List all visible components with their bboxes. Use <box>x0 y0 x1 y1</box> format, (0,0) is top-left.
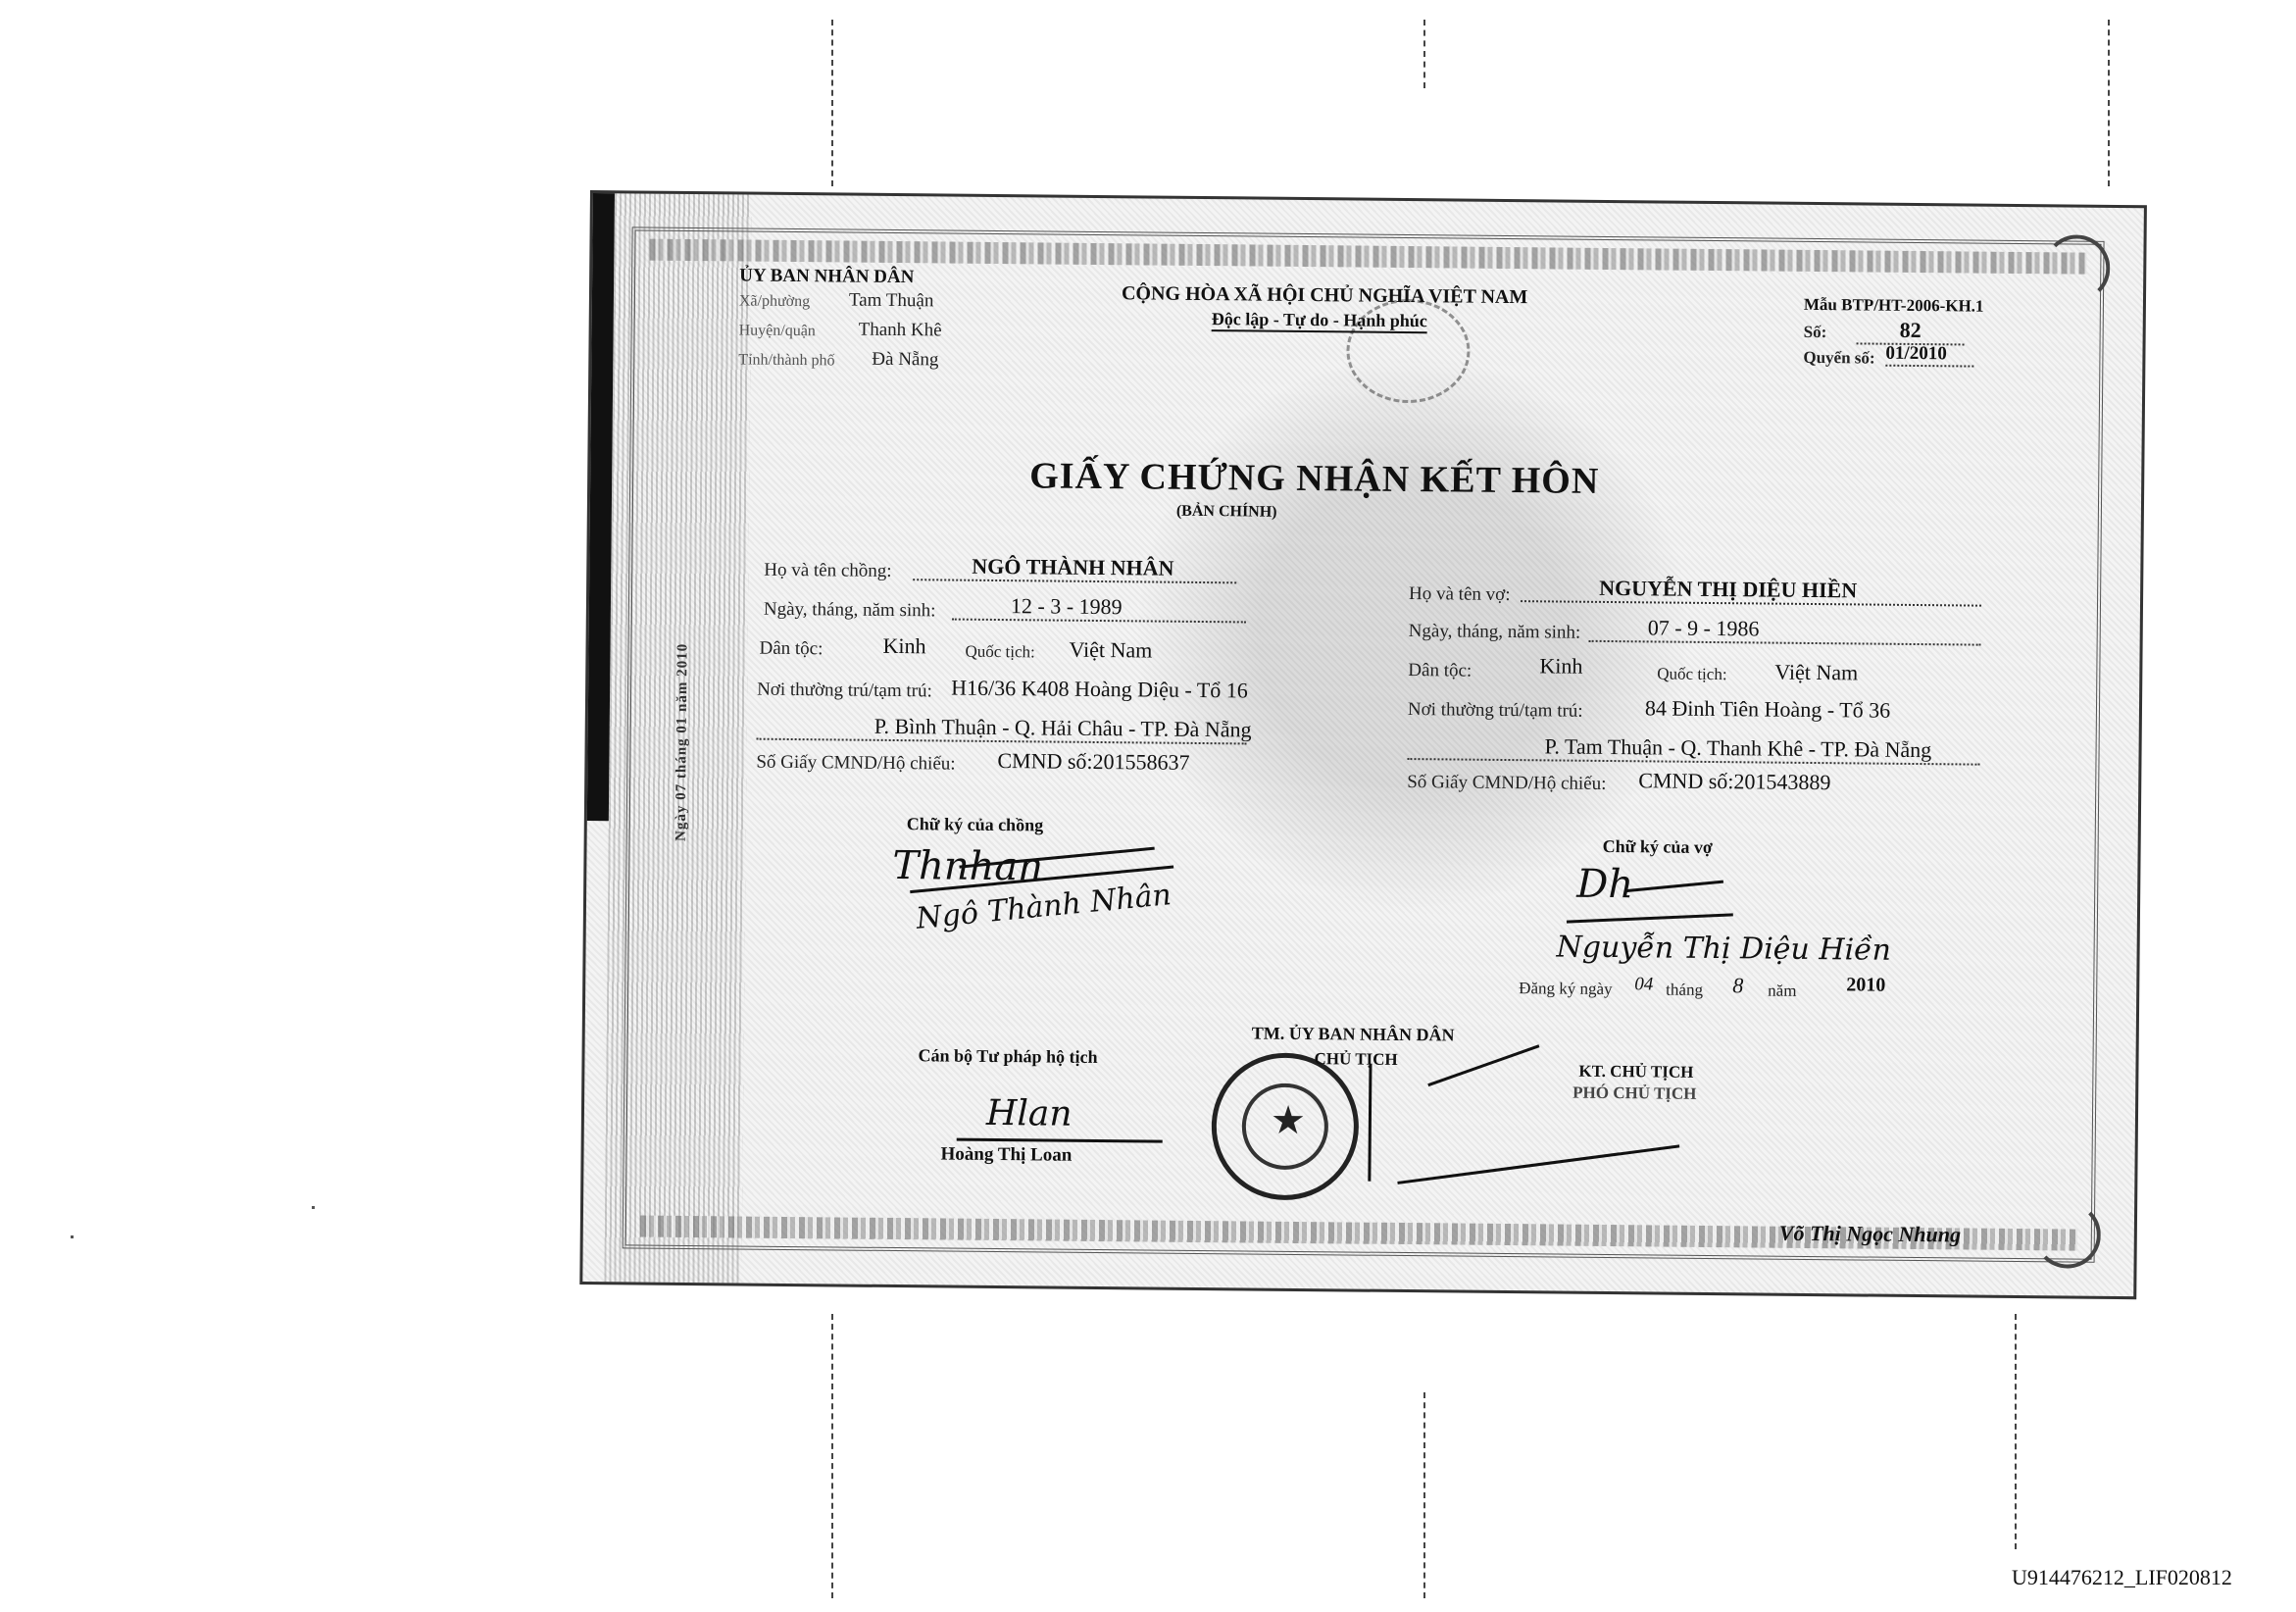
scan-dash-line <box>2015 1314 2017 1549</box>
seal-star-icon: ★ <box>1239 1096 1337 1143</box>
registration-day: 04 <box>1634 974 1653 995</box>
wife-name-label: Họ và tên vợ: <box>1409 583 1511 606</box>
wife-nationality-label: Quốc tịch: <box>1657 664 1726 684</box>
book-number: 01/2010 <box>1885 343 1973 368</box>
husband-nationality: Việt Nam <box>1069 637 1152 664</box>
wife-id: CMND số:201543889 <box>1638 768 1830 795</box>
husband-id: CMND số:201558637 <box>997 748 1189 776</box>
scan-dash-line <box>1423 20 1425 88</box>
official-signature: Hlan <box>986 1093 1073 1134</box>
committee-title: ỦY BAN NHÂN DÂN <box>739 265 914 288</box>
wife-residence-label: Nơi thường trú/tạm trú: <box>1408 699 1583 723</box>
scan-dash-line <box>2108 20 2110 186</box>
husband-residence-line2: P. Bình Thuận - Q. Hải Châu - TP. Đà Nẵn… <box>757 713 1247 745</box>
husband-residence-label: Nơi thường trú/tạm trú: <box>757 680 932 703</box>
district-value: Thanh Khê <box>859 320 942 342</box>
wife-signature: Dh <box>1576 862 1633 908</box>
nation-title: CỘNG HÒA XÃ HỘI CHỦ NGHĨA VIỆT NAM <box>1122 282 1528 309</box>
document-id: U914476212_LIF020812 <box>2012 1565 2232 1590</box>
husband-dob-label: Ngày, tháng, năm sinh: <box>764 599 936 623</box>
frame-corner-ornament <box>2043 234 2111 302</box>
district-label: Huyện/quận <box>739 322 816 340</box>
scan-dash-line <box>831 1314 833 1598</box>
book-number-label: Quyển số: <box>1803 348 1874 369</box>
husband-id-label: Số Giấy CMND/Hộ chiếu: <box>756 752 955 776</box>
husband-name: NGÔ THÀNH NHÂN <box>913 553 1236 583</box>
registration-prefix: Đăng ký ngày <box>1519 979 1613 999</box>
wife-signature-label: Chữ ký của vợ <box>1603 836 1713 858</box>
scan-dash-line <box>831 20 833 186</box>
wife-ethnicity-label: Dân tộc: <box>1408 660 1472 682</box>
certificate-title: GIẤY CHỨNG NHẬN KẾT HÔN <box>1029 454 1599 503</box>
certificate-number: 82 <box>1857 317 1965 345</box>
wife-nationality: Việt Nam <box>1774 660 1858 686</box>
authority-line1: TM. ỦY BAN NHÂN DÂN <box>1252 1024 1455 1046</box>
wife-ethnicity: Kinh <box>1539 653 1582 679</box>
husband-name-label: Họ và tên chồng: <box>764 560 892 582</box>
authority-name: Võ Thị Ngọc Nhung <box>1779 1221 1961 1248</box>
wife-residence-line1: 84 Đinh Tiên Hoàng - Tổ 36 <box>1645 695 1890 723</box>
official-title: Cán bộ Tư pháp hộ tịch <box>918 1045 1097 1068</box>
husband-nationality-label: Quốc tịch: <box>965 642 1034 663</box>
certificate-number-label: Số: <box>1804 323 1827 342</box>
side-vertical-text: Ngày 07 tháng 01 năm 2010 <box>674 643 692 841</box>
authority-kt: KT. CHỦ TỊCH <box>1578 1062 1693 1083</box>
wife-signature-name: Nguyễn Thị Diệu Hiền <box>1556 930 1891 967</box>
husband-signature-label: Chữ ký của chồng <box>907 814 1044 835</box>
wife-residence-line2: P. Tam Thuận - Q. Thanh Khê - TP. Đà Nẵn… <box>1407 732 1979 766</box>
frame-corner-ornament <box>2034 1201 2102 1269</box>
nation-motto: Độc lập - Tự do - Hạnh phúc <box>1212 309 1427 333</box>
husband-dob: 12 - 3 - 1989 <box>952 593 1246 624</box>
authority-line2: CHỦ TỊCH <box>1314 1049 1397 1070</box>
scan-speck <box>312 1206 315 1209</box>
husband-ethnicity-label: Dân tộc: <box>759 638 823 661</box>
commune-value: Tam Thuận <box>849 290 934 313</box>
authority-deputy: PHÓ CHỦ TỊCH <box>1572 1083 1696 1104</box>
scan-dash-line <box>1423 1392 1425 1598</box>
marriage-certificate: Ngày 07 tháng 01 năm 2010 ỦY BAN NHÂN DÂ… <box>579 190 2147 1299</box>
registration-year: 2010 <box>1846 974 1885 996</box>
official-name: Hoàng Thị Loan <box>940 1143 1072 1166</box>
form-code: Mẫu BTP/HT-2006-KH.1 <box>1804 295 1984 317</box>
certificate-subtitle: (BẢN CHÍNH) <box>1176 503 1277 522</box>
registration-year-label: năm <box>1768 982 1796 1001</box>
registration-month-label: tháng <box>1666 981 1703 1000</box>
husband-ethnicity: Kinh <box>882 633 925 659</box>
commune-label: Xã/phường <box>739 292 810 311</box>
province-label: Tỉnh/thành phố <box>738 351 834 370</box>
wife-dob-label: Ngày, tháng, năm sinh: <box>1409 621 1581 644</box>
wife-name: NGUYỄN THỊ DIỆU HIỀN <box>1521 575 1981 607</box>
wife-id-label: Số Giấy CMND/Hộ chiếu: <box>1407 772 1606 795</box>
province-value: Đà Nẵng <box>872 349 938 372</box>
husband-residence-line1: H16/36 K408 Hoàng Diệu - Tổ 16 <box>951 676 1248 704</box>
registration-month: 8 <box>1732 973 1743 998</box>
wife-dob: 07 - 9 - 1986 <box>1589 615 1981 646</box>
scan-speck <box>71 1235 74 1238</box>
